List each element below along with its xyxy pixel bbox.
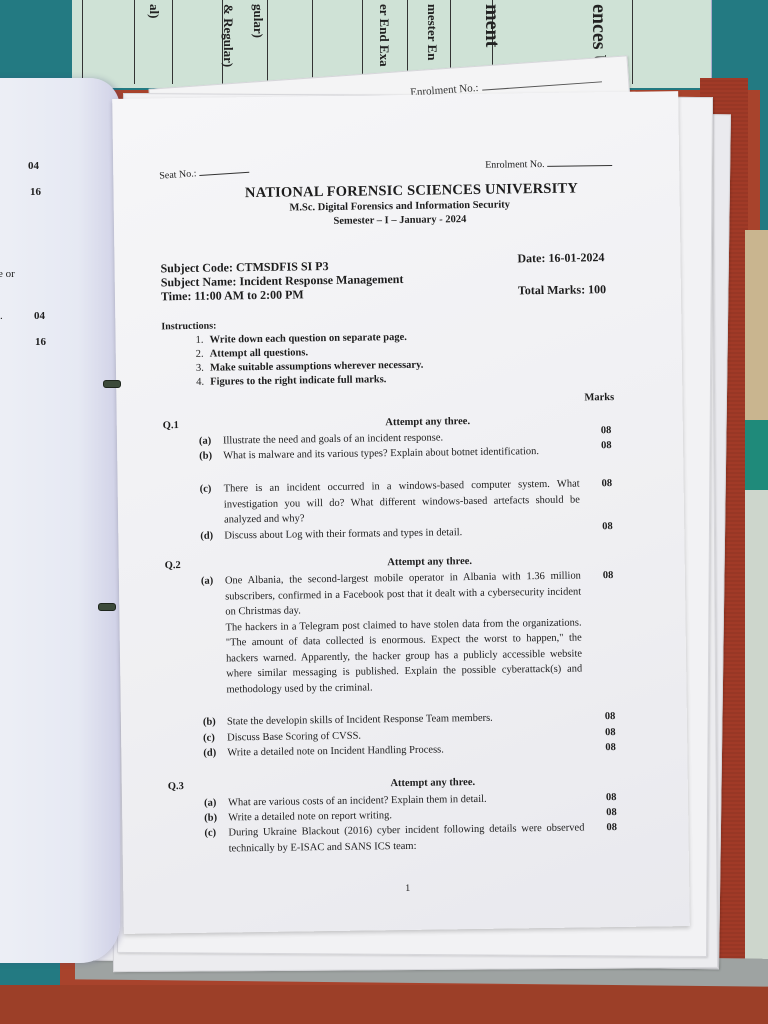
subject-details: Subject Code: CTMSDFIS SI P3 Subject Nam…: [160, 258, 403, 303]
bottom-board: [0, 985, 768, 1024]
form-fragment: gular): [250, 4, 266, 38]
part-marks: 08: [603, 568, 614, 584]
seat-number-field: Seat No.:: [159, 165, 250, 182]
form-column-line: [267, 0, 268, 84]
part-marks: 08: [605, 740, 616, 756]
form-fragment: ment: [480, 4, 503, 47]
question-3: Q.3 Attempt any three. (a)What are vario…: [168, 775, 638, 782]
part-marks: 08: [605, 725, 616, 741]
part-marks: 08: [601, 423, 612, 439]
marks-column-header: Marks: [584, 392, 614, 403]
left-page-fragment: e or: [0, 268, 15, 280]
staple-icon: [103, 380, 121, 388]
form-column-line: [632, 0, 633, 84]
form-column-line: [312, 0, 313, 84]
part-marks: 08: [606, 790, 617, 806]
form-column-line: [82, 0, 83, 84]
part-marks: 08: [602, 476, 613, 492]
instruction-item: 4.Figures to the right indicate full mar…: [196, 373, 424, 390]
left-folded-page: 04 16 e or . 04 16: [0, 78, 120, 963]
instructions-list: 1.Write down each question on separate p…: [195, 331, 423, 390]
left-page-mark: 16: [35, 336, 46, 348]
question-part: (a)One Albania, the second-largest mobil…: [201, 568, 583, 697]
form-column-line: [172, 0, 173, 84]
left-page-fragment: .: [0, 310, 3, 322]
page-number: 1: [405, 883, 410, 894]
question-2: Q.2 Attempt any three. (a)One Albania, t…: [165, 554, 635, 561]
background-strip: [745, 420, 768, 490]
background-strip: [745, 490, 768, 990]
question-part: (c)During Ukraine Blackout (2016) cyber …: [204, 820, 584, 856]
left-page-mark: 16: [30, 186, 41, 198]
form-column-line: [362, 0, 363, 84]
exam-date: Date: 16-01-2024: [517, 250, 604, 266]
part-marks: 08: [606, 805, 617, 821]
question-heading: Attempt any three.: [168, 775, 638, 793]
exam-question-paper: Seat No.: Enrolment No. NATIONAL FORENSI…: [112, 91, 690, 934]
instructions-title: Instructions:: [161, 321, 216, 333]
form-column-line: [134, 0, 135, 84]
form-fragment: mester En: [424, 4, 440, 60]
left-page-mark: 04: [28, 160, 39, 172]
left-page-mark: 04: [34, 310, 45, 322]
form-fragment: al): [146, 4, 162, 18]
form-fragment: & Regular): [220, 4, 236, 67]
part-marks: 08: [601, 438, 612, 454]
staple-icon: [98, 603, 116, 611]
exam-time: Time: 11:00 AM to 2:00 PM: [161, 286, 404, 303]
question-1: Q.1 Attempt any three. (a)Illustrate the…: [163, 414, 633, 421]
enrolment-number-field: Enrolment No.: [485, 158, 613, 171]
part-marks: 08: [606, 820, 617, 836]
question-part: (c)There is an incident occurred in a wi…: [200, 477, 581, 529]
total-marks: Total Marks: 100: [518, 282, 606, 298]
part-marks: 08: [605, 709, 616, 725]
part-marks: 08: [602, 519, 613, 535]
form-fragment: er End Exa: [376, 4, 392, 67]
